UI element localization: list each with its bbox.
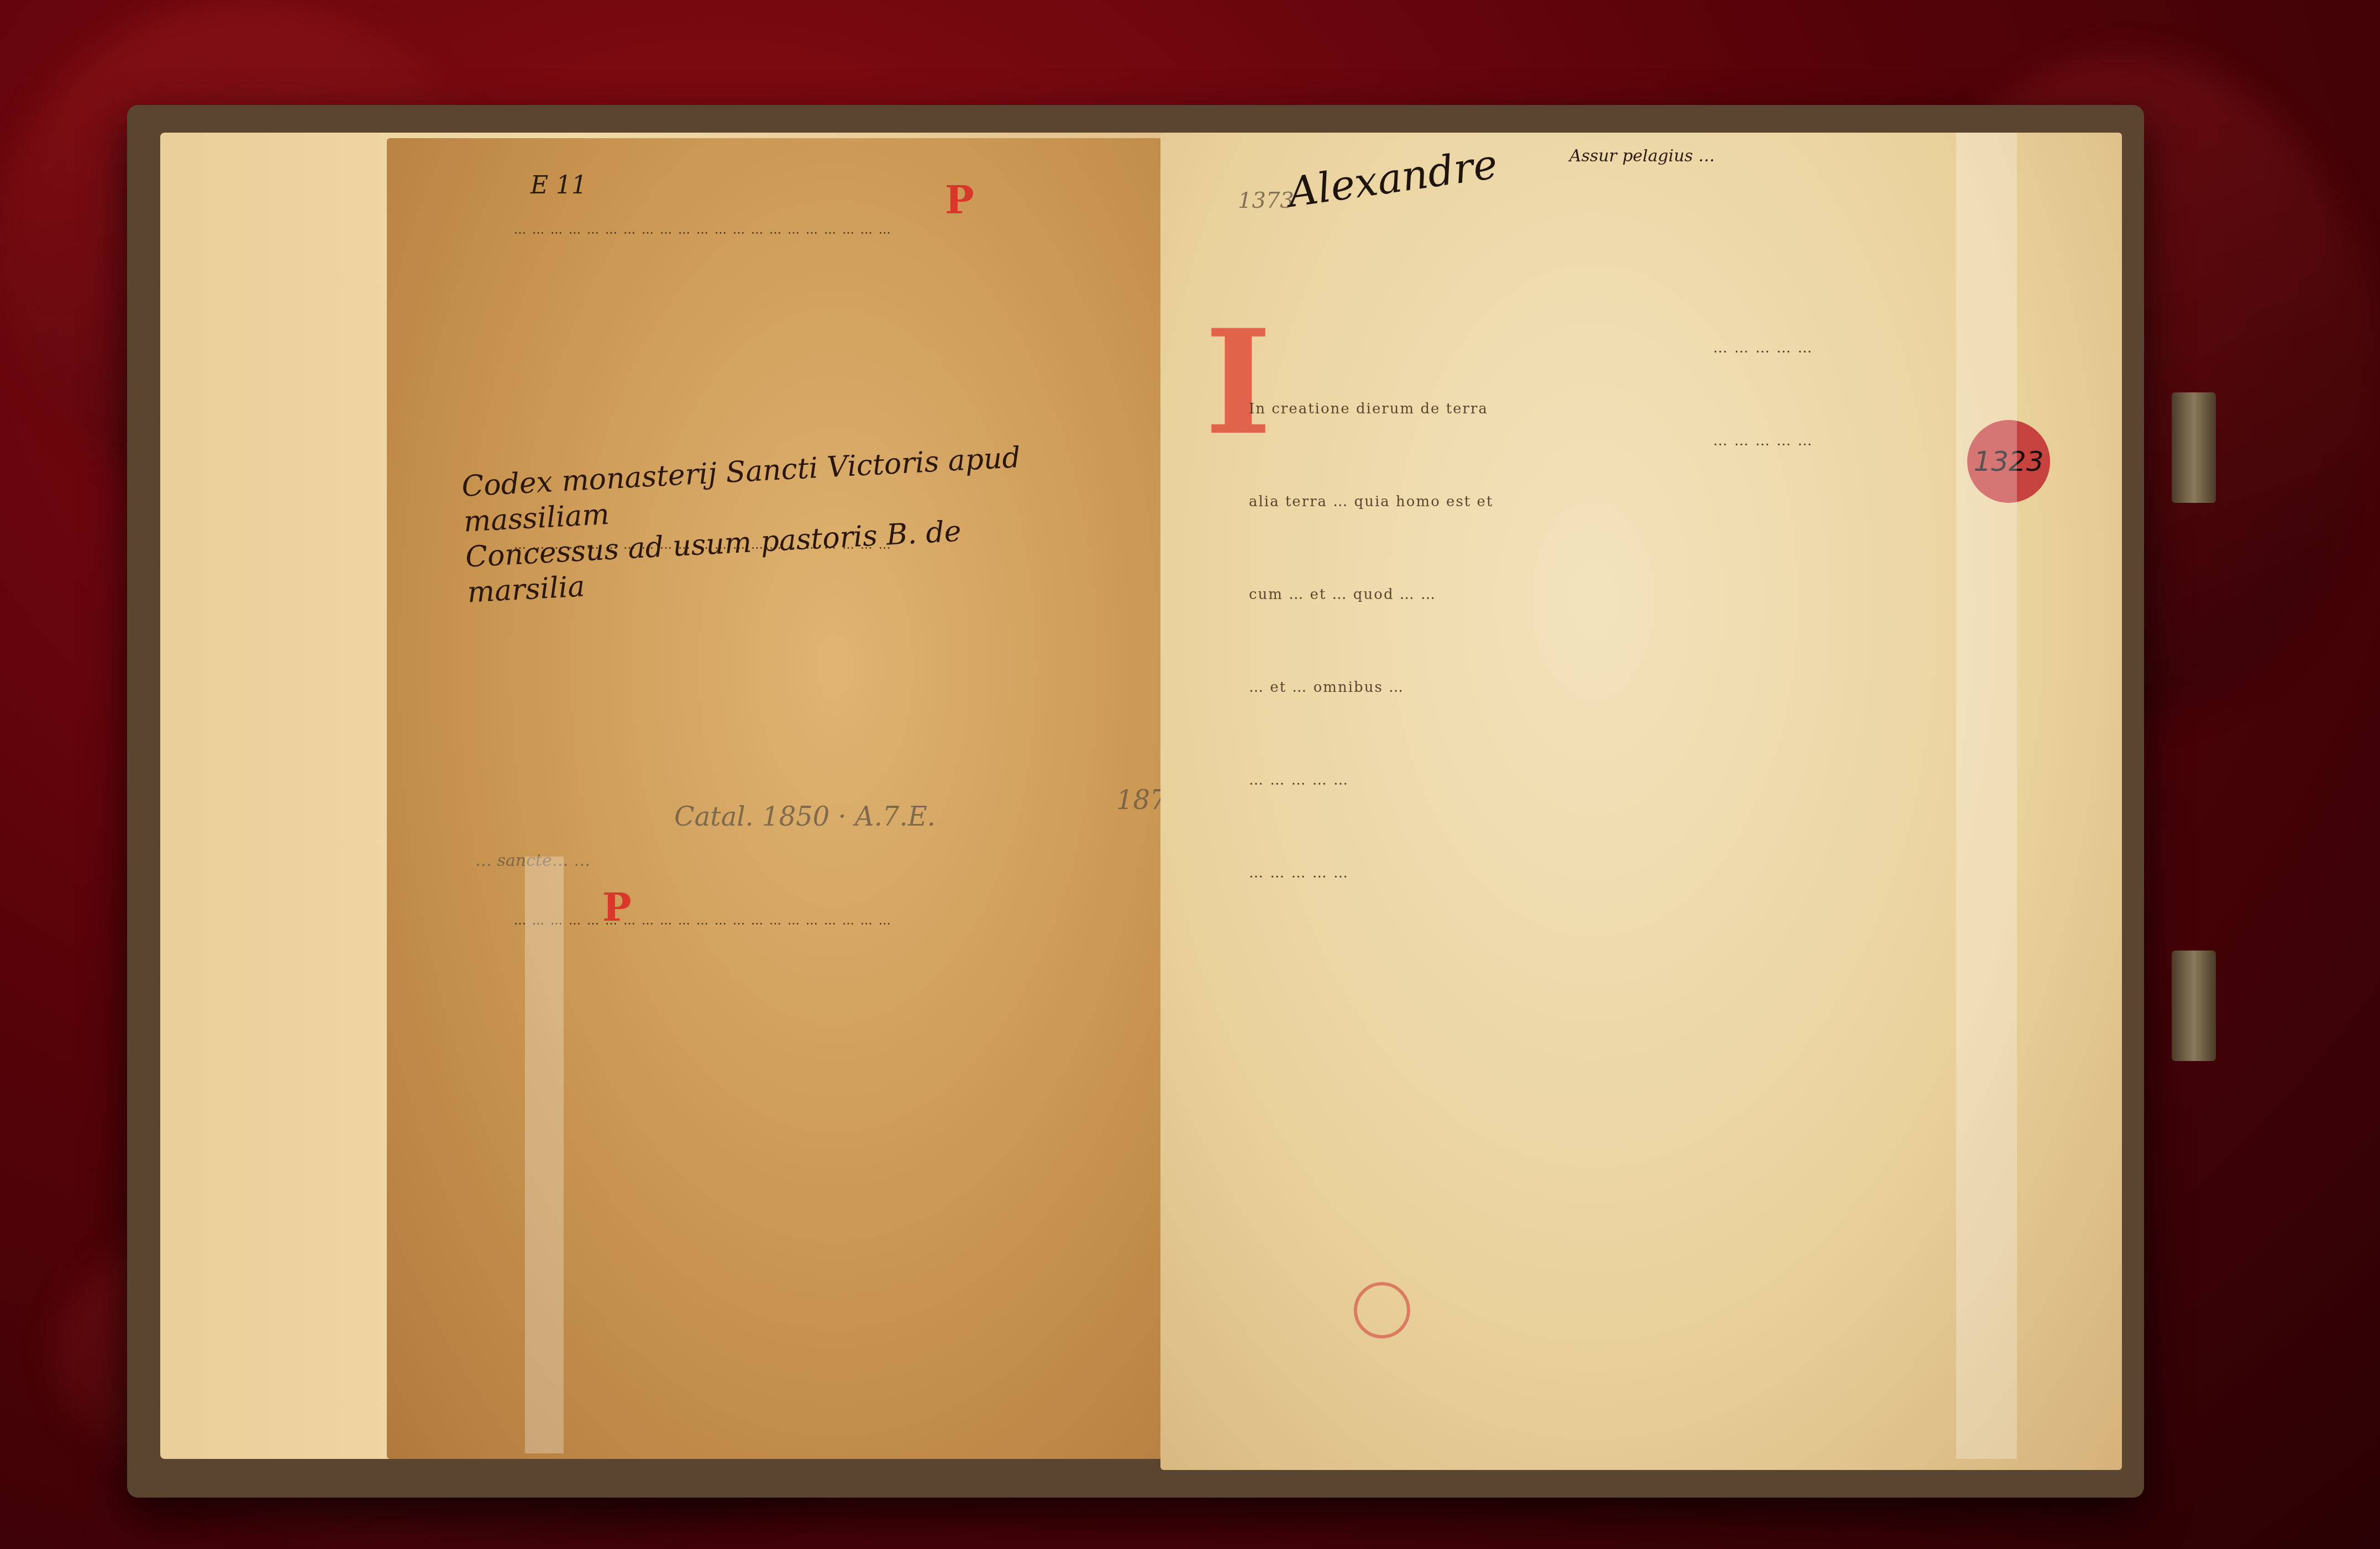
signature: Alexandre (1285, 140, 1500, 217)
right-page: 1373 Alexandre Assur pelagius … I In cre… (1160, 133, 2122, 1470)
header-note: Assur pelagius … (1569, 146, 1715, 166)
pencil-catalog-note: Catal. 1850 · A.7.E. (674, 801, 936, 832)
left-page: E 11 P … … … … … … … … … … … … … … … … …… (387, 138, 1282, 1459)
library-stamp (1354, 1282, 1410, 1338)
text-line: In creatione dierum de terra (1249, 393, 1669, 424)
repair-tape (1956, 133, 2017, 1459)
text-line: cum … et … quod … … (1249, 579, 1669, 610)
repair-tape (525, 857, 564, 1453)
text-line: … … … … … (1249, 765, 1669, 796)
text-column: … … … … … … … … … … … … … … … … … … … … … (514, 221, 1232, 453)
text-line: … et … omnibus … (1249, 672, 1669, 703)
book-clasp (2172, 951, 2216, 1061)
text-line: alia terra … quia homo est et (1249, 486, 1669, 517)
text-column: … … … … … … … … … … … … … … … … … … … … … (514, 912, 1232, 1409)
text-line: … … … … … (1249, 858, 1669, 889)
pencil-number: 1373 (1238, 188, 1294, 213)
rubric-initial: P (945, 177, 974, 223)
text-column-left: In creatione dierum de terra alia terra … (1249, 332, 1669, 1382)
shelfmark: E 11 (530, 171, 587, 199)
book-clasp (2172, 392, 2216, 503)
manuscript-book: E 11 P … … … … … … … … … … … … … … … … …… (127, 94, 2161, 1509)
text-line: … … … … … (1713, 333, 2089, 364)
text-column: … … … … … … … … … … … … … … … … … … … … … (514, 536, 1232, 768)
